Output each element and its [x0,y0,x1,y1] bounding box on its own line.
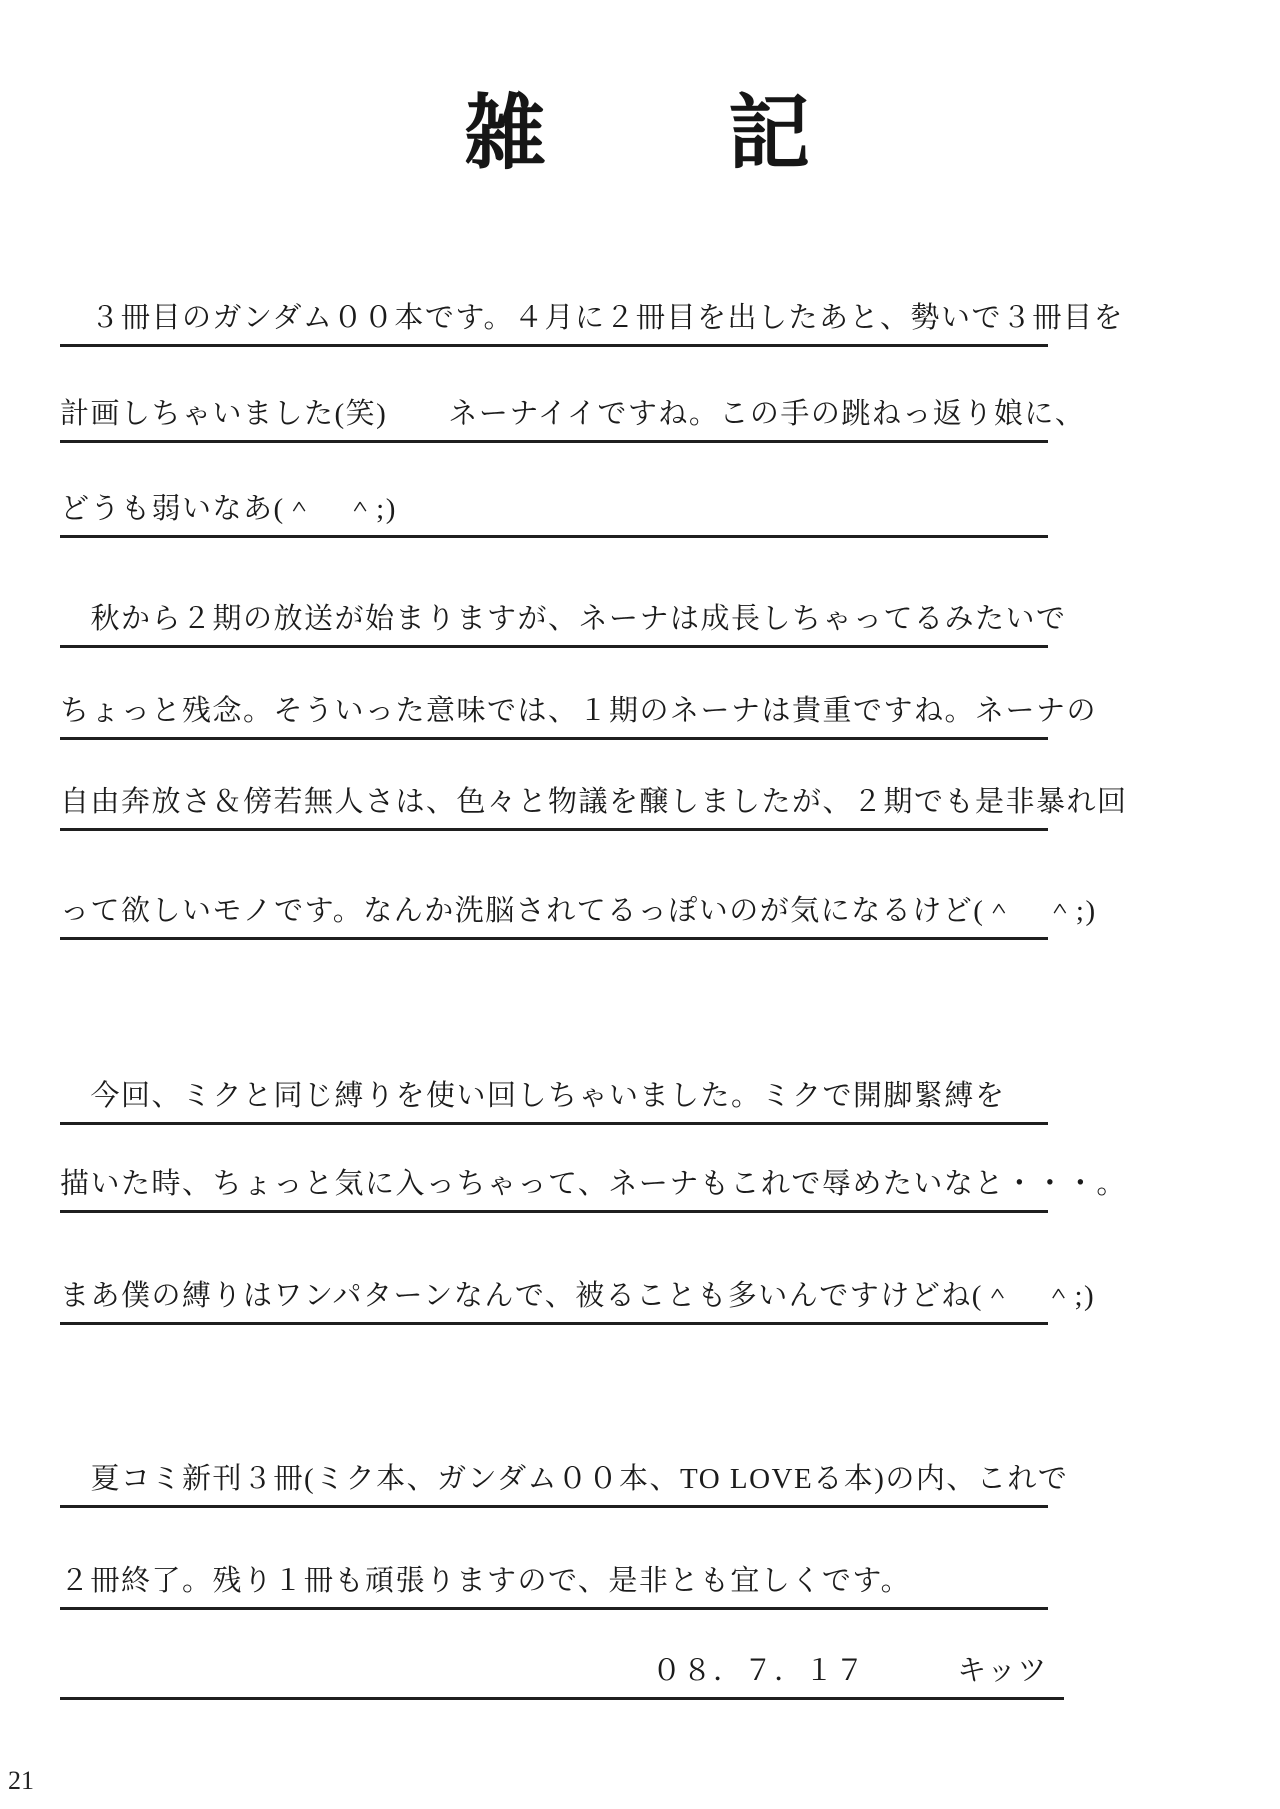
text-line: 今回、ミクと同じ縛りを使い回しちゃいました。ミクで開脚緊縛を [60,1074,1048,1125]
text-line: 計画しちゃいました(笑) ネーナイイですね。この手の跳ねっ返り娘に、 [60,392,1048,443]
document-page: 雑 記 ３冊目のガンダム００本です。４月に２冊目を出したあと、勢いで３冊目を 計… [0,0,1280,1809]
text-line: どうも弱いなあ(＾ ＾;) [60,487,1048,538]
text-line: ちょっと残念。そういった意味では、１期のネーナは貴重ですね。ネーナの [60,689,1048,740]
text-line: 自由奔放さ＆傍若無人さは、色々と物議を醸しましたが、２期でも是非暴れ回 [60,780,1048,831]
text-line: ２冊終了。残り１冊も頑張りますので、是非とも宜しくです。 [60,1559,1048,1610]
page-number: 21 [8,1766,34,1796]
text-line: 夏コミ新刊３冊(ミク本、ガンダム００本、TO LOVEる本)の内、これで [60,1457,1048,1508]
page-title: 雑 記 [0,68,1280,185]
text-line: 描いた時、ちょっと気に入っちゃって、ネーナもこれで辱めたいなと・・・。 [60,1162,1048,1213]
date-signature-line: ０８．７．１７ キッツ [60,1649,1064,1700]
text-line: まあ僕の縛りはワンパターンなんで、被ることも多いんですけどね(＾ ＾;) [60,1274,1048,1325]
text-line: って欲しいモノです。なんか洗脳されてるっぽいのが気になるけど(＾ ＾;) [60,889,1048,940]
text-line: 秋から２期の放送が始まりますが、ネーナは成長しちゃってるみたいで [60,597,1048,648]
text-line: ３冊目のガンダム００本です。４月に２冊目を出したあと、勢いで３冊目を [60,296,1048,347]
